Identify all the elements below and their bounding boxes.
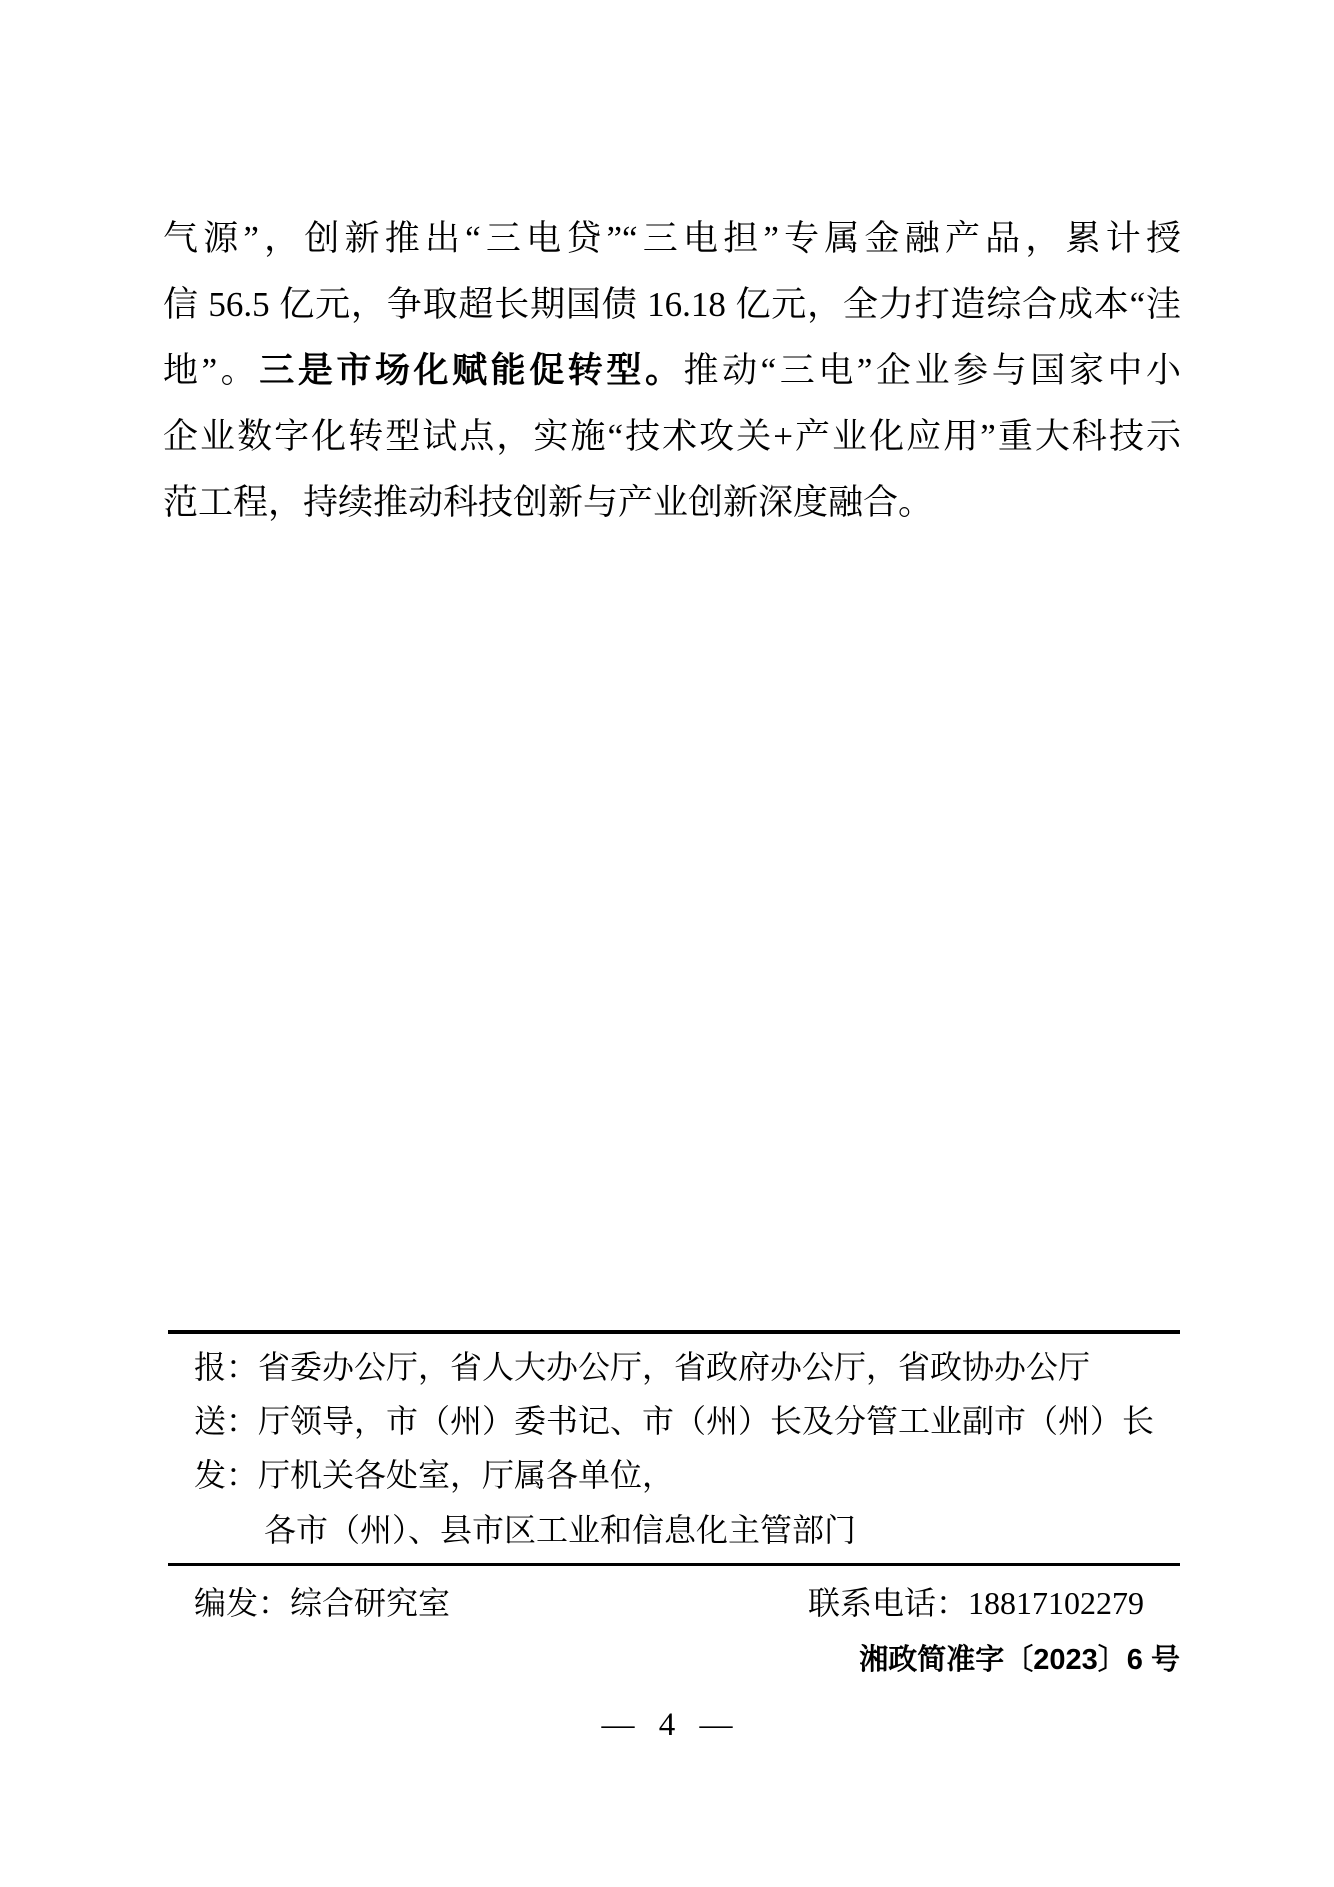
- contact-label: 联系电话：: [808, 1585, 968, 1621]
- footer-divider-top: [168, 1330, 1180, 1334]
- send-recipients: 厅领导，市（州）委书记、市（州）长及分管工业副市（州）长: [258, 1403, 1154, 1439]
- send-line: 送：厅领导，市（州）委书记、市（州）长及分管工业副市（州）长: [194, 1401, 1180, 1441]
- editor-label: 编发：: [194, 1585, 290, 1621]
- body-line-3-post: 推动“三电”企业参与国家中小: [684, 351, 1181, 390]
- contact-info: 联系电话：18817102279: [808, 1583, 1180, 1623]
- editor-info: 编发：综合研究室: [194, 1583, 450, 1623]
- body-line-2: 信 56.5 亿元，争取超长期国债 16.18 亿元，全力打造综合成本“洼: [163, 272, 1181, 338]
- bold-emphasis: 三是市场化赋能促转型。: [259, 351, 683, 390]
- contact-phone-number: 18817102279: [968, 1585, 1144, 1621]
- send-label: 送：: [194, 1403, 258, 1439]
- issue-line-continued: 各市（州）、县市区工业和信息化主管部门: [264, 1510, 1180, 1550]
- document-page: 气源”，创新推出“三电贷”“三电担”专属金融产品，累计授 信 56.5 亿元，争…: [0, 0, 1334, 1887]
- body-paragraph: 气源”，创新推出“三电贷”“三电担”专属金融产品，累计授 信 56.5 亿元，争…: [163, 206, 1181, 536]
- report-label: 报：: [194, 1349, 258, 1385]
- report-line: 报：省委办公厅，省人大办公厅，省政府办公厅，省政协办公厅: [194, 1347, 1180, 1387]
- body-line-3-pre: 地”。: [163, 351, 259, 390]
- page-number: — 4 —: [0, 1705, 1334, 1745]
- editor-line: 编发：综合研究室 联系电话：18817102279: [194, 1583, 1180, 1623]
- issue-recipients: 厅机关各处室，厅属各单位，: [258, 1457, 674, 1493]
- body-line-3: 地”。三是市场化赋能促转型。推动“三电”企业参与国家中小: [163, 338, 1181, 404]
- body-line-5: 范工程，持续推动科技创新与产业创新深度融合。: [163, 470, 1181, 536]
- document-number: 湘政简准字〔2023〕6 号: [194, 1640, 1180, 1680]
- editor-department: 综合研究室: [290, 1585, 450, 1621]
- issue-label: 发：: [194, 1457, 258, 1493]
- body-line-4: 企业数字化转型试点，实施“技术攻关+产业化应用”重大科技示: [163, 404, 1181, 470]
- body-line-1: 气源”，创新推出“三电贷”“三电担”专属金融产品，累计授: [163, 206, 1181, 272]
- issue-recipients-continued: 各市（州）、县市区工业和信息化主管部门: [264, 1512, 856, 1548]
- footer-divider-bottom: [168, 1563, 1180, 1566]
- issue-line: 发：厅机关各处室，厅属各单位，: [194, 1455, 1180, 1495]
- report-recipients: 省委办公厅，省人大办公厅，省政府办公厅，省政协办公厅: [258, 1349, 1090, 1385]
